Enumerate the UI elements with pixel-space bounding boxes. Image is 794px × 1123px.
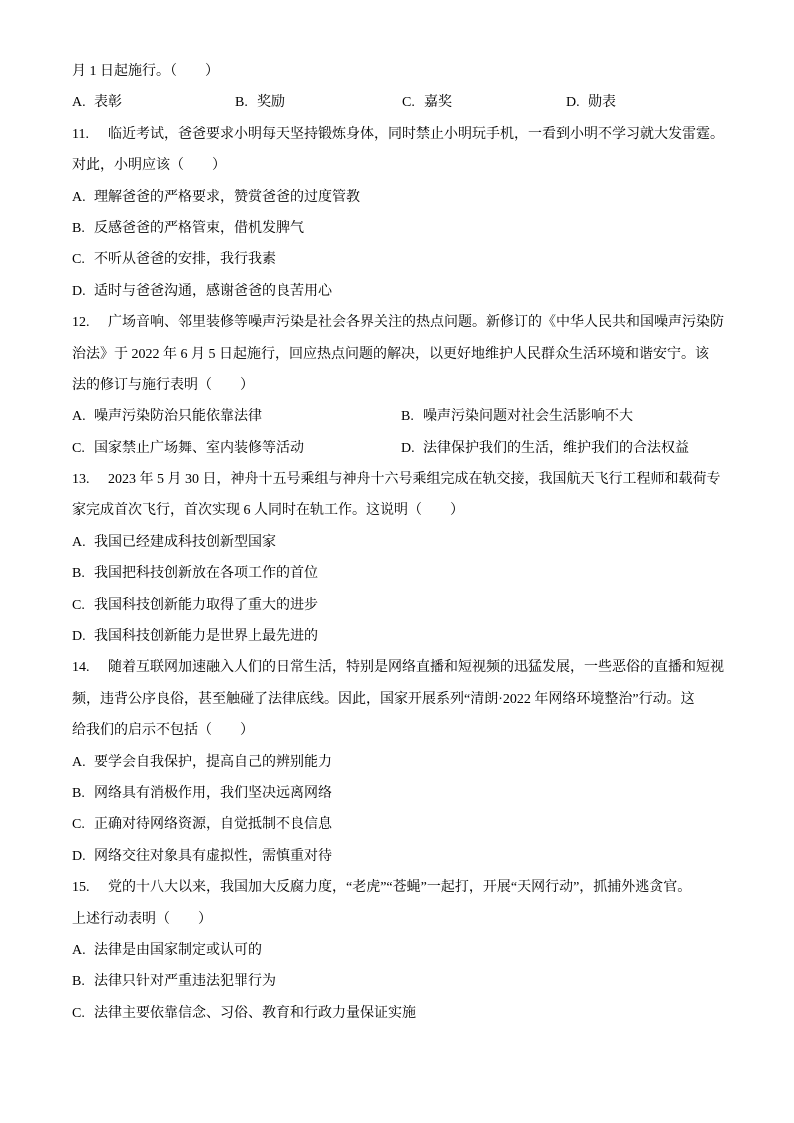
option-label: A. — [72, 87, 94, 118]
question-stem-line: 14.随着互联网加速融入人们的日常生活，特别是网络直播和短视频的迅猛发展，一些恶… — [72, 652, 732, 683]
option-item: C.法律主要依靠信念、习俗、教育和行政力量保证实施 — [72, 998, 732, 1029]
stem-text: 广场音响、邻里装修等噪声污染是社会各界关注的热点问题。新修订的《中华人民共和国噪… — [108, 315, 724, 330]
option-label: B. — [72, 966, 94, 997]
question-stem-line: 11.临近考试，爸爸要求小明每天坚持锻炼身体，同时禁止小明玩手机，一看到小明不学… — [72, 119, 732, 150]
stem-text: 法的修订与施行表明（ ） — [72, 378, 254, 393]
option-text: 国家禁止广场舞、室内装修等活动 — [94, 441, 304, 456]
option-text: 正确对待网络资源，自觉抵制不良信息 — [94, 817, 332, 832]
option-item: D.勋表 — [566, 87, 616, 118]
option-label: C. — [72, 809, 94, 840]
exam-paper-page: 月 1 日起施行。（ ） A.表彰B.奖励C.嘉奖D.勋表 11.临近考试，爸爸… — [0, 0, 794, 1123]
option-item: D.网络交往对象具有虚拟性，需慎重对待 — [72, 841, 732, 872]
question-stem-line: 家完成首次飞行，首次实现 6 人同时在轨工作。这说明（ ） — [72, 495, 732, 526]
option-text: 反感爸爸的严格管束，借机发脾气 — [94, 221, 304, 236]
option-text: 我国科技创新能力是世界上最先进的 — [94, 629, 318, 644]
options-row: A.噪声污染防治只能依靠法律B.噪声污染问题对社会生活影响不大 — [72, 401, 732, 432]
option-text: 网络具有消极作用，我们坚决远离网络 — [94, 786, 332, 801]
question-stem-line: 对此，小明应该（ ） — [72, 150, 732, 181]
option-label: A. — [72, 527, 94, 558]
option-text: 嘉奖 — [424, 95, 452, 110]
options-row: C.国家禁止广场舞、室内装修等活动D.法律保护我们的生活，维护我们的合法权益 — [72, 433, 732, 464]
option-text: 网络交往对象具有虚拟性，需慎重对待 — [94, 849, 332, 864]
option-text: 我国已经建成科技创新型国家 — [94, 535, 276, 550]
option-text: 适时与爸爸沟通，感谢爸爸的良苦用心 — [94, 284, 332, 299]
option-label: B. — [235, 87, 257, 118]
option-label: B. — [72, 213, 94, 244]
stem-text: 上述行动表明（ ） — [72, 912, 212, 927]
option-label: D. — [72, 276, 94, 307]
option-label: B. — [72, 778, 94, 809]
option-label: D. — [566, 87, 588, 118]
question-number: 13. — [72, 464, 108, 495]
option-label: D. — [72, 841, 94, 872]
carryover-stem-text: 月 1 日起施行。（ ） — [72, 64, 219, 79]
option-item: B.噪声污染问题对社会生活影响不大 — [401, 401, 633, 432]
option-text: 勋表 — [588, 95, 616, 110]
option-text: 法律是由国家制定或认可的 — [94, 943, 262, 958]
stem-text: 临近考试，爸爸要求小明每天坚持锻炼身体，同时禁止小明玩手机，一看到小明不学习就大… — [108, 127, 724, 142]
option-text: 我国把科技创新放在各项工作的首位 — [94, 566, 318, 581]
option-label: C. — [72, 433, 94, 464]
option-item: B.我国把科技创新放在各项工作的首位 — [72, 558, 732, 589]
option-label: A. — [72, 182, 94, 213]
option-label: A. — [72, 935, 94, 966]
question-stem-line: 13.2023 年 5 月 30 日，神舟十五号乘组与神舟十六号乘组完成在轨交接… — [72, 464, 732, 495]
option-item: C.不听从爸爸的安排，我行我素 — [72, 244, 732, 275]
stem-text: 频，违背公序良俗，甚至触碰了法律底线。因此，国家开展系列“清朗·2022 年网络… — [72, 692, 695, 707]
question-stem-line: 上述行动表明（ ） — [72, 904, 732, 935]
stem-text: 随着互联网加速融入人们的日常生活，特别是网络直播和短视频的迅猛发展，一些恶俗的直… — [108, 660, 724, 675]
document-page: { "page": { "background": "#ffffff", "te… — [0, 0, 794, 1123]
options-row: A.表彰B.奖励C.嘉奖D.勋表 — [72, 87, 732, 118]
option-text: 表彰 — [94, 95, 122, 110]
question-stem-line: 15.党的十八大以来，我国加大反腐力度，“老虎”“苍蝇”一起打，开展“天网行动”… — [72, 872, 732, 903]
stem-text: 治法》于 2022 年 6 月 5 日起施行，回应热点问题的解决，以更好地维护人… — [72, 347, 709, 362]
option-text: 不听从爸爸的安排，我行我素 — [94, 252, 276, 267]
question-stem-line: 月 1 日起施行。（ ） — [72, 56, 732, 87]
option-text: 法律保护我们的生活，维护我们的合法权益 — [423, 441, 689, 456]
exam-content: 月 1 日起施行。（ ） A.表彰B.奖励C.嘉奖D.勋表 11.临近考试，爸爸… — [72, 56, 732, 1029]
option-label: C. — [402, 87, 424, 118]
question-stem-line: 12.广场音响、邻里装修等噪声污染是社会各界关注的热点问题。新修订的《中华人民共… — [72, 307, 732, 338]
option-item: C.正确对待网络资源，自觉抵制不良信息 — [72, 809, 732, 840]
stem-text: 家完成首次飞行，首次实现 6 人同时在轨工作。这说明（ ） — [72, 503, 464, 518]
option-text: 噪声污染防治只能依靠法律 — [94, 409, 262, 424]
option-label: C. — [72, 590, 94, 621]
option-text: 要学会自我保护，提高自己的辨别能力 — [94, 755, 332, 770]
option-text: 奖励 — [257, 95, 285, 110]
option-label: B. — [72, 558, 94, 589]
option-label: A. — [72, 401, 94, 432]
option-label: B. — [401, 401, 423, 432]
stem-text: 给我们的启示不包括（ ） — [72, 723, 254, 738]
stem-text: 2023 年 5 月 30 日，神舟十五号乘组与神舟十六号乘组完成在轨交接，我国… — [108, 472, 721, 487]
question-stem-line: 频，违背公序良俗，甚至触碰了法律底线。因此，国家开展系列“清朗·2022 年网络… — [72, 684, 732, 715]
option-item: A.理解爸爸的严格要求，赞赏爸爸的过度管教 — [72, 182, 732, 213]
option-label: C. — [72, 244, 94, 275]
option-label: A. — [72, 747, 94, 778]
option-item: C.我国科技创新能力取得了重大的进步 — [72, 590, 732, 621]
question-number: 15. — [72, 872, 108, 903]
option-item: A.法律是由国家制定或认可的 — [72, 935, 732, 966]
option-item: D.适时与爸爸沟通，感谢爸爸的良苦用心 — [72, 276, 732, 307]
question-stem-line: 治法》于 2022 年 6 月 5 日起施行，回应热点问题的解决，以更好地维护人… — [72, 339, 732, 370]
option-item: D.我国科技创新能力是世界上最先进的 — [72, 621, 732, 652]
option-text: 我国科技创新能力取得了重大的进步 — [94, 598, 318, 613]
question-number: 14. — [72, 652, 108, 683]
option-label: C. — [72, 998, 94, 1029]
option-label: D. — [401, 433, 423, 464]
question-stem-line: 法的修订与施行表明（ ） — [72, 370, 732, 401]
option-item: B.奖励 — [235, 87, 285, 118]
option-item: A.要学会自我保护，提高自己的辨别能力 — [72, 747, 732, 778]
option-text: 理解爸爸的严格要求，赞赏爸爸的过度管教 — [94, 190, 360, 205]
option-item: C.国家禁止广场舞、室内装修等活动 — [72, 433, 304, 464]
question-number: 12. — [72, 307, 108, 338]
question-number: 11. — [72, 119, 108, 150]
option-text: 噪声污染问题对社会生活影响不大 — [423, 409, 633, 424]
stem-text: 对此，小明应该（ ） — [72, 158, 226, 173]
option-item: B.法律只针对严重违法犯罪行为 — [72, 966, 732, 997]
option-item: A.噪声污染防治只能依靠法律 — [72, 401, 262, 432]
option-item: C.嘉奖 — [402, 87, 452, 118]
option-label: D. — [72, 621, 94, 652]
option-item: A.我国已经建成科技创新型国家 — [72, 527, 732, 558]
option-text: 法律主要依靠信念、习俗、教育和行政力量保证实施 — [94, 1006, 416, 1021]
option-text: 法律只针对严重违法犯罪行为 — [94, 974, 276, 989]
question-stem-line: 给我们的启示不包括（ ） — [72, 715, 732, 746]
option-item: A.表彰 — [72, 87, 122, 118]
option-item: B.反感爸爸的严格管束，借机发脾气 — [72, 213, 732, 244]
option-item: D.法律保护我们的生活，维护我们的合法权益 — [401, 433, 689, 464]
option-item: B.网络具有消极作用，我们坚决远离网络 — [72, 778, 732, 809]
stem-text: 党的十八大以来，我国加大反腐力度，“老虎”“苍蝇”一起打，开展“天网行动”，抓捕… — [108, 880, 691, 895]
